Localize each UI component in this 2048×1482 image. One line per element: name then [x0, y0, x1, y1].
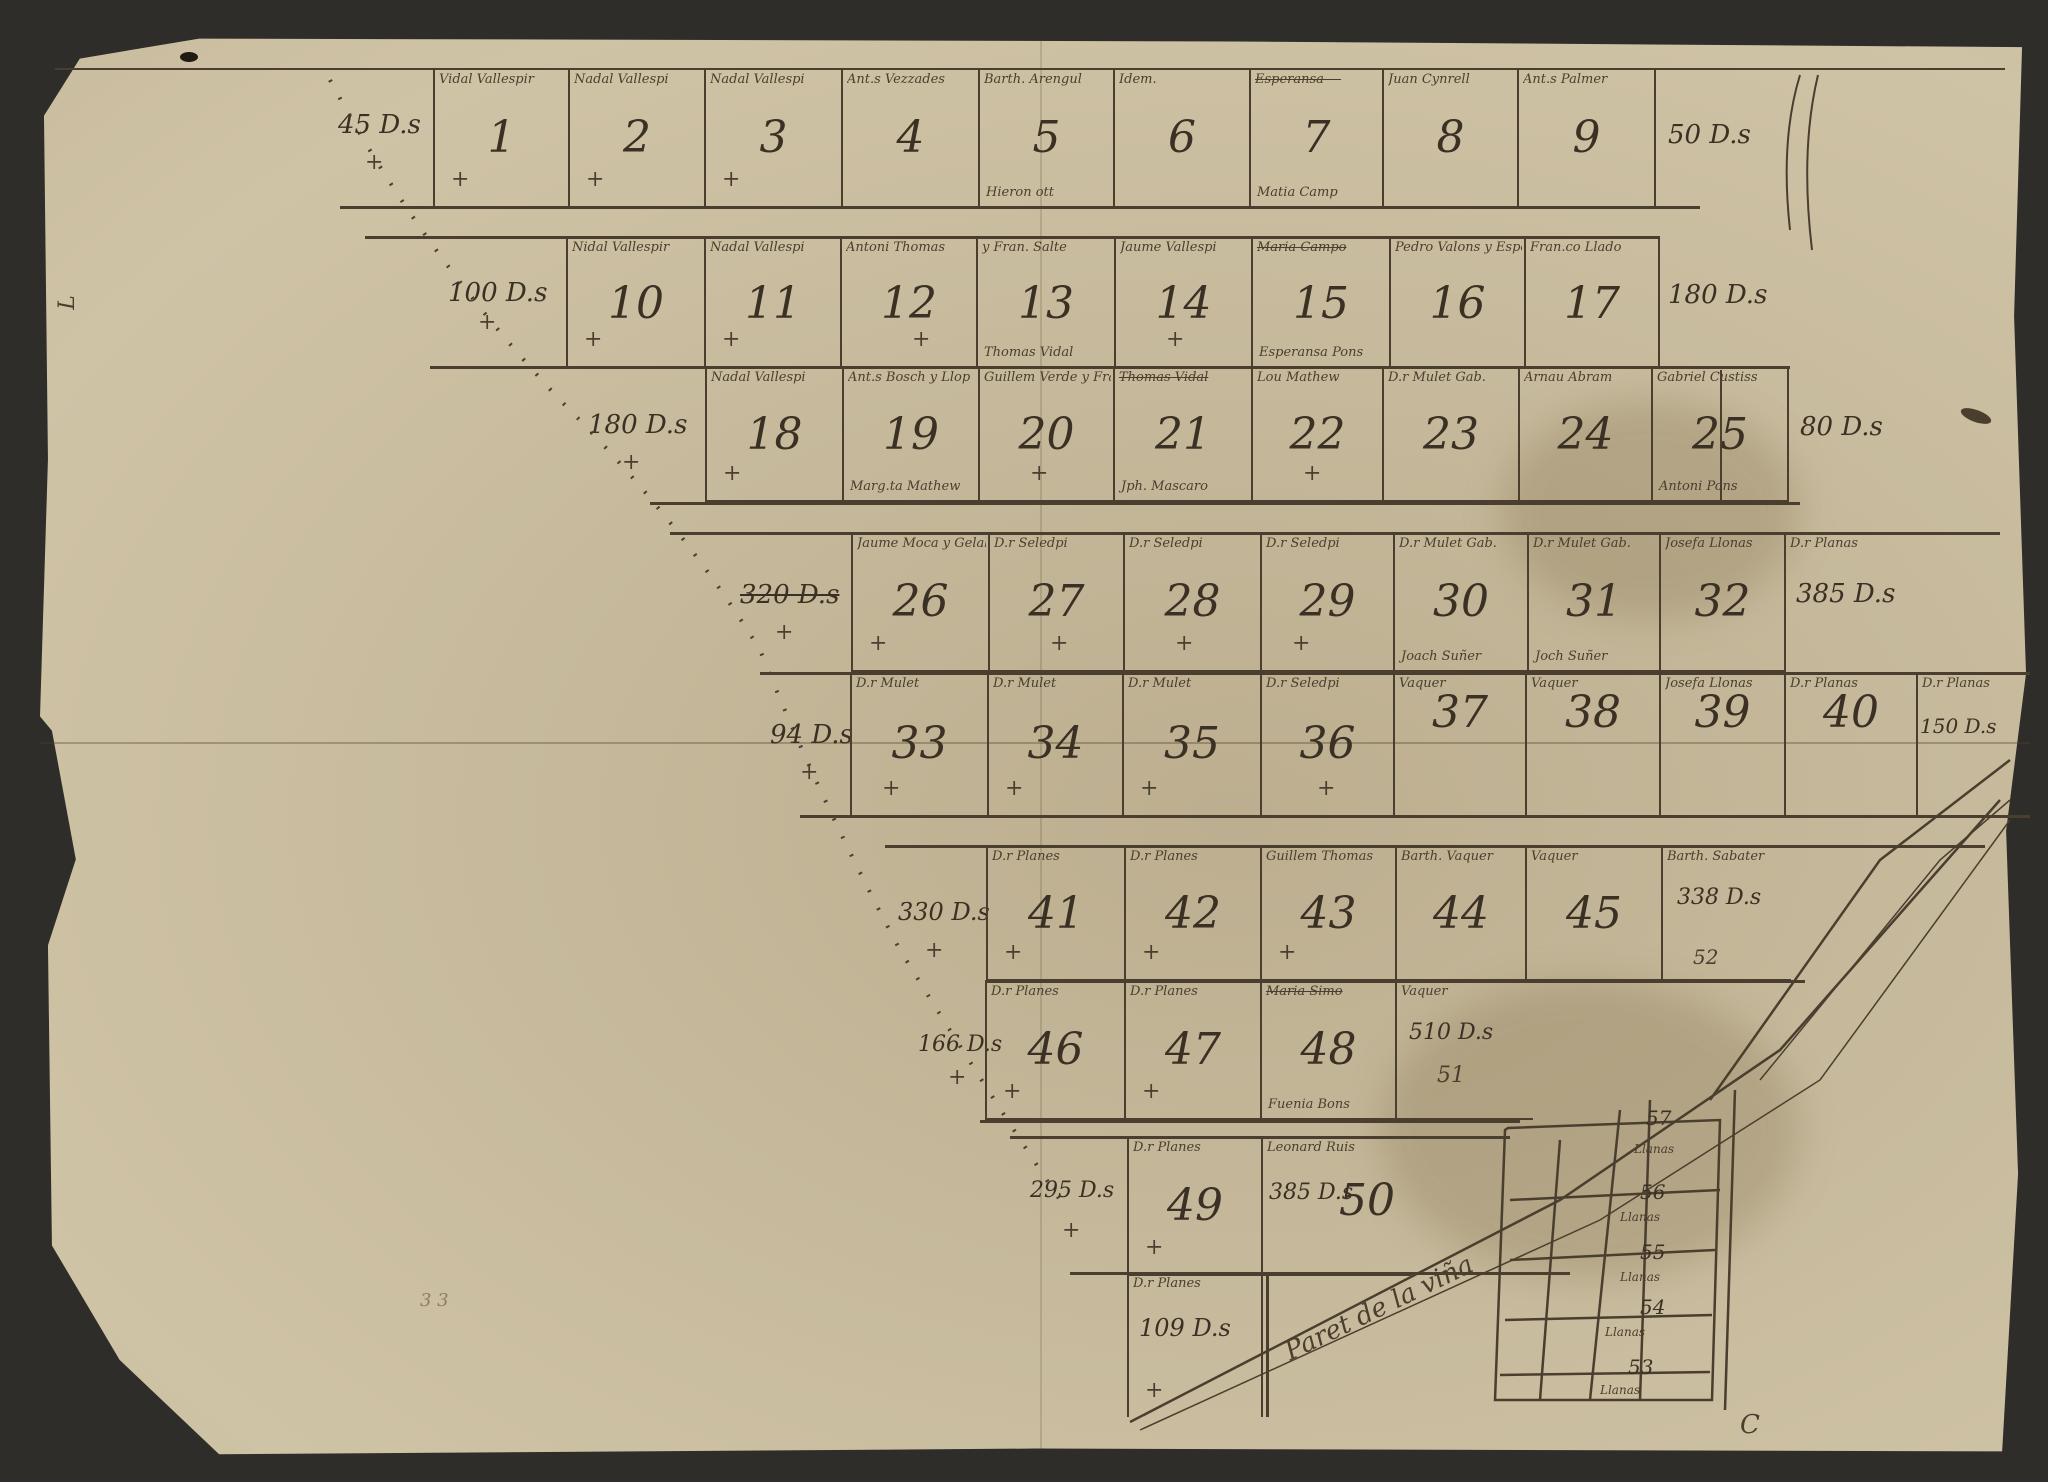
cross-mark: + [775, 620, 793, 645]
plot-23[interactable]: D.r Mulet Gab. 23 [1382, 366, 1520, 502]
plot-12[interactable]: Antoni Thomas 12 + [840, 236, 978, 368]
plot-planas-edge[interactable]: D.r Planas 150 D.s [1916, 672, 1996, 817]
row-rule [980, 1120, 1520, 1123]
cross-mark: + [800, 760, 818, 785]
cross-mark: + [869, 631, 887, 656]
cross-mark: + [1292, 631, 1310, 656]
plot-51[interactable]: Vaquer 510 D.s 51 [1395, 980, 1533, 1120]
cross-mark: + [1142, 1079, 1160, 1104]
cross-mark: + [1140, 776, 1158, 801]
cross-mark: + [1050, 631, 1068, 656]
corner-mark: C [1740, 1410, 1760, 1440]
plot-29[interactable]: D.r Seledpi 29 + [1260, 532, 1395, 672]
plot-20[interactable]: Guillem Verde y Fran.ca Salte 20 + [978, 366, 1115, 502]
row-amount: 94 D.s [770, 720, 853, 750]
cross-mark: + [1030, 461, 1048, 486]
row-amount: 100 D.s [448, 278, 547, 308]
plot-14[interactable]: Jaume Vallespi 14 + [1114, 236, 1253, 368]
plot-32[interactable]: Josefa Llonas 32 [1659, 532, 1786, 672]
cross-mark: + [451, 167, 469, 192]
plot-7[interactable]: Esperansa — 7 Matia Camp [1249, 68, 1384, 208]
cross-mark: + [722, 167, 740, 192]
plot-18[interactable]: Nadal Vallespi 18 + [705, 366, 844, 502]
cross-mark: + [925, 938, 943, 963]
cross-mark: + [586, 167, 604, 192]
plot-17[interactable]: Fran.co Llado 17 [1524, 236, 1660, 368]
plot-27[interactable]: D.r Seledpi 27 + [988, 532, 1125, 672]
cross-mark: + [622, 450, 640, 475]
row-amount: 45 D.s [338, 110, 421, 140]
subplot-53[interactable]: 53 [1628, 1355, 1653, 1379]
plot-16[interactable]: Pedro Valons y Esperansa Pons 16 [1389, 236, 1526, 368]
plot-1[interactable]: Vidal Vallespir 1 + [433, 68, 570, 208]
plot-21[interactable]: Thomas Vidal 21 Jph. Mascaro [1113, 366, 1253, 502]
plot-9[interactable]: Ant.s Palmer 9 [1517, 68, 1656, 208]
plot-13[interactable]: y Fran. Salte 13 Thomas Vidal [976, 236, 1116, 368]
plot-43[interactable]: Guillem Thomas 43 + [1260, 845, 1397, 981]
cross-mark: + [882, 776, 900, 801]
cross-mark: + [723, 461, 741, 486]
plot-19[interactable]: Ant.s Bosch y Llop 19 Marg.ta Mathew [842, 366, 980, 502]
row-amount: 330 D.s [898, 898, 990, 926]
row-rule [650, 502, 1800, 505]
plot-52[interactable]: Barth. Sabater 338 D.s 52 [1661, 845, 1791, 981]
subplot-57[interactable]: 57 [1646, 1106, 1671, 1130]
cross-mark: + [1317, 776, 1335, 801]
row-amount: 180 D.s [588, 410, 687, 440]
cross-mark: + [912, 327, 930, 352]
plot-35[interactable]: D.r Mulet 35 + [1122, 672, 1262, 817]
plot-34[interactable]: D.r Mulet 34 + [987, 672, 1124, 817]
cross-mark: + [1166, 327, 1184, 352]
left-margin-mark: L [55, 295, 80, 310]
plot-15[interactable]: Maria Campo 15 Esperansa Pons [1251, 236, 1391, 368]
plot-40[interactable]: D.r Planas 40 [1784, 672, 1918, 817]
ink-blot [180, 52, 198, 62]
plot-3[interactable]: Nadal Vallespi 3 + [704, 68, 843, 208]
subplot-54[interactable]: 54 [1640, 1295, 1665, 1319]
row-right-amount: 50 D.s [1668, 120, 1751, 150]
cross-mark: + [1278, 940, 1296, 965]
plot-2[interactable]: Nadal Vallespi 2 + [568, 68, 706, 208]
plot-planas-unnumbered[interactable]: D.r Planas 385 D.s [1784, 532, 1994, 672]
plot-31[interactable]: D.r Mulet Gab. 31 Joch Suñer [1527, 532, 1661, 672]
plot-42[interactable]: D.r Planes 42 + [1124, 845, 1262, 981]
plot-22[interactable]: Lou Mathew 22 + [1251, 366, 1384, 502]
cross-mark: + [365, 150, 383, 175]
plot-5[interactable]: Barth. Arengul 5 Hieron ott [978, 68, 1115, 208]
cross-mark: + [948, 1065, 966, 1090]
row-rule [340, 206, 1700, 209]
faint-mark: 3 3 [420, 1290, 449, 1311]
plot-41[interactable]: D.r Planes 41 + [986, 845, 1126, 981]
plot-49[interactable]: D.r Planes 49 + [1127, 1136, 1263, 1276]
cross-mark: + [1005, 776, 1023, 801]
plot-45[interactable]: Vaquer 45 [1525, 845, 1663, 981]
plot-planes-109[interactable]: D.r Planes 109 D.s + [1127, 1272, 1263, 1417]
plot-divider [1266, 1272, 1269, 1417]
cross-mark: + [584, 327, 602, 352]
plot-26[interactable]: Jaume Moca y Gelabert 26 + [851, 532, 990, 672]
subplot-55[interactable]: 55 [1640, 1240, 1665, 1264]
plot-4[interactable]: Ant.s Vezzades 4 [841, 68, 980, 208]
row-rule [800, 815, 2030, 818]
plot-28[interactable]: D.r Seledpi 28 + [1123, 532, 1262, 672]
subplot-56[interactable]: 56 [1640, 1180, 1665, 1204]
cross-mark: + [722, 327, 740, 352]
cross-mark: + [1175, 631, 1193, 656]
plot-50[interactable]: Leonard Ruis 385 D.s 50 [1261, 1136, 1411, 1276]
plot-33[interactable]: D.r Mulet 33 + [850, 672, 989, 817]
plot-24[interactable]: Arnau Abram 24 [1518, 366, 1653, 502]
row-amount: 295 D.s [1030, 1178, 1114, 1203]
cross-mark: + [478, 310, 496, 335]
plot-39[interactable]: Josefa Llonas 39 [1659, 672, 1786, 817]
plot-36[interactable]: D.r Seledpi 36 + [1260, 672, 1395, 817]
plot-30[interactable]: D.r Mulet Gab. 30 Joach Suñer [1393, 532, 1529, 672]
plot-44[interactable]: Barth. Vaquer 44 [1395, 845, 1527, 981]
cross-mark: + [1303, 461, 1321, 486]
cross-mark: + [1145, 1235, 1163, 1260]
row-right-amount: 180 D.s [1668, 280, 1767, 310]
plot-46[interactable]: D.r Planes 46 + [985, 980, 1126, 1120]
plot-8[interactable]: Juan Cynrell 8 [1382, 68, 1519, 208]
plot-48[interactable]: Maria Simo 48 Fuenia Bons [1260, 980, 1397, 1120]
cross-mark: + [1145, 1378, 1163, 1403]
cross-mark: + [1142, 940, 1160, 965]
cross-mark: + [1062, 1218, 1080, 1243]
row-amount: 320 D.s [740, 580, 839, 610]
plot-10[interactable]: Nidal Vallespir 10 + [566, 236, 706, 368]
cross-mark: + [1003, 1079, 1021, 1104]
row-right-amount: 80 D.s [1800, 412, 1883, 442]
plot-38[interactable]: Vaquer 38 [1525, 672, 1661, 817]
plot-47[interactable]: D.r Planes 47 + [1124, 980, 1262, 1120]
plot-divider [1720, 370, 1722, 500]
plot-11[interactable]: Nadal Vallespi 11 + [704, 236, 842, 368]
plot-6[interactable]: Idem. 6 [1113, 68, 1251, 208]
cross-mark: + [1004, 940, 1022, 965]
plot-37[interactable]: Vaquer 37 [1393, 672, 1527, 817]
